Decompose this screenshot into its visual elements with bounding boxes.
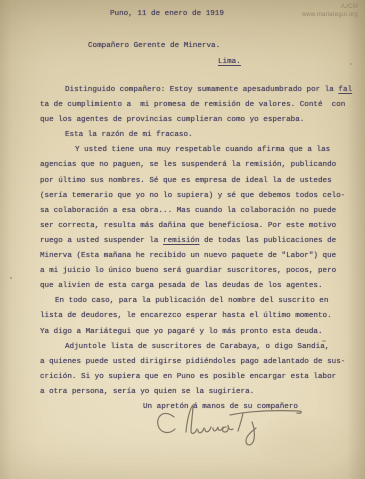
- recipient-city: Lima.: [218, 58, 241, 66]
- dateline: Puno, 11 de enero de 1919: [110, 10, 224, 18]
- letter-line: agencias que no paguen, se les suspender…: [40, 158, 362, 173]
- letter-line: que los agentes de provincias cumplieran…: [40, 113, 362, 128]
- letter-line: En todo caso, para la publicación del no…: [40, 294, 362, 309]
- watermark-url: www.mariategui.org: [302, 12, 358, 20]
- letter-line: Ya digo a Mariátegui que yo pagaré y lo …: [40, 325, 362, 340]
- letter-line: ser correcta, resulta más dañina que ben…: [40, 219, 362, 234]
- paper-speck: [350, 63, 352, 65]
- letter-line: que alivien de esta carga pesada de las …: [40, 279, 362, 294]
- letter-line: a mi juicio lo único bueno será guardiar…: [40, 264, 362, 279]
- letter-line: Y usted tiene una muy respetable cuando …: [40, 143, 362, 158]
- letter-line: (sería temerario que yo no lo supiera) y…: [40, 189, 362, 204]
- archive-watermark: AJCM www.mariategui.org: [302, 4, 358, 19]
- letter-body: Distinguido compañero: Estoy sumamente a…: [40, 83, 362, 415]
- watermark-acronym: AJCM: [302, 4, 358, 12]
- letter-document: AJCM www.mariategui.org Puno, 11 de ener…: [0, 0, 365, 479]
- letter-line: a otra persona, sería yo quien se la sug…: [40, 385, 362, 400]
- paper-speck: [322, 340, 326, 342]
- letter-line: Minerva (Esta mañana he recibido un nuev…: [40, 249, 362, 264]
- letter-line: sa colaboración a esa obra... Mas cuando…: [40, 204, 362, 219]
- recipient-line: Compañero Gerente de Minerva.: [88, 42, 220, 50]
- letter-line: ta de cumplimiento a mi promesa de remis…: [40, 98, 362, 113]
- letter-line: a quienes puede usted dirigirse pidiéndo…: [40, 355, 362, 370]
- letter-line: ruego a usted suspender la remisión de t…: [40, 234, 362, 249]
- paper-stain: [255, 415, 345, 465]
- letter-line: Esta la razón de mi fracaso.: [40, 128, 362, 143]
- letter-line: lista de deudores, le encarezco esperar …: [40, 309, 362, 324]
- letter-line: por último sus nombres. Sé que es empres…: [40, 174, 362, 189]
- letter-line: Adjuntole lista de suscritores de Caraba…: [40, 340, 362, 355]
- paper-speck: [10, 277, 12, 279]
- letter-line: crición. Si yo supiera que en Puno es po…: [40, 370, 362, 385]
- letter-line: Distinguido compañero: Estoy sumamente a…: [40, 83, 362, 98]
